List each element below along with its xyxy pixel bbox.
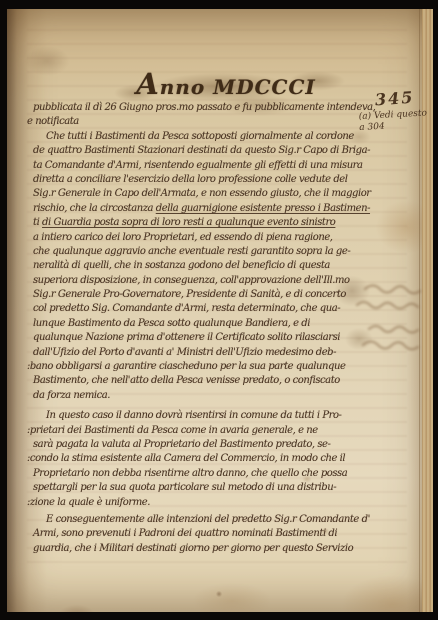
manuscript-line: guardia, che i Militari destinati giorno…: [33, 542, 369, 556]
ink-underlined-text: di Guardia posta sopra di loro resti a q…: [42, 217, 335, 228]
manuscript-line: dall'Ufizio del Porto d'avanti a' Minist…: [33, 346, 369, 360]
page-number: 345: [374, 88, 415, 110]
page-header-title: Anno MDCCCI: [111, 67, 341, 101]
manuscript-line: In questo caso il danno dovrà risentirsi…: [33, 409, 369, 423]
manuscript-line: superiora disposizione, in conseguenza, …: [33, 274, 369, 288]
manuscript-line: de quattro Bastimenti Stazionari destina…: [33, 144, 369, 158]
manuscript-line: :condo la stima esistente alla Camera de…: [27, 452, 369, 466]
manuscript-line: sarà pagata la valuta al Proprietario de…: [33, 438, 369, 452]
manuscript-line: pubblicata il dì 26 Giugno pros.mo passa…: [33, 101, 369, 115]
manuscript-line: e notificata: [27, 115, 369, 129]
manuscript-paragraph: E conseguentemente alle intenzioni del p…: [33, 513, 369, 556]
manuscript-line: ta Comandante d'Armi, risentendo egualme…: [33, 159, 369, 173]
ink-underlined-text: della guarnigione esistente presso i Bas…: [156, 203, 370, 214]
manuscript-line: da forza nemica.: [33, 389, 369, 403]
manuscript-paragraph: In questo caso il danno dovrà risentirsi…: [33, 409, 369, 510]
manuscript-line: rischio, che la circostanza della guarni…: [33, 202, 369, 216]
line-text: rischio, che la circostanza: [33, 203, 156, 214]
manuscript-line: che qualunque aggravio anche eventuale r…: [33, 245, 369, 259]
manuscript-line: lunque Bastimento da Pesca sotto qualunq…: [33, 317, 369, 331]
manuscript-line: Che tutti i Bastimenti da Pesca sottopos…: [33, 130, 369, 144]
manuscript-line: diretta a conciliare l'esercizio della l…: [33, 173, 369, 187]
manuscript-line: ti di Guardia posta sopra di loro resti …: [33, 216, 369, 230]
ink-bleedthrough: [351, 271, 433, 367]
manuscript-photo: Anno MDCCCI 345 (a) Vedi questo a 304 pu…: [0, 0, 438, 620]
manuscript-line: neralità di quelli, che in sostanza godo…: [33, 259, 369, 273]
manuscript-line: Armi, sono prevenuti i Padroni dei quatt…: [33, 527, 369, 541]
manuscript-paragraph: pubblicata il dì 26 Giugno pros.mo passa…: [33, 101, 369, 130]
manuscript-line: a intiero carico dei loro Proprietari, e…: [33, 231, 369, 245]
manuscript-line: :zione la quale è uniforme.: [27, 496, 369, 510]
manuscript-page: Anno MDCCCI 345 (a) Vedi questo a 304 pu…: [7, 9, 433, 612]
manuscript-line: Proprietario non debba risentirne altro …: [33, 467, 369, 481]
manuscript-line: Bastimento, che nell'atto della Pesca ve…: [33, 374, 369, 388]
manuscript-paragraph: Che tutti i Bastimenti da Pesca sottopos…: [33, 130, 369, 403]
line-text: ti: [33, 217, 42, 228]
manuscript-line: :bano obbligarsi a garantire ciascheduno…: [27, 360, 369, 374]
text-block: pubblicata il dì 26 Giugno pros.mo passa…: [33, 101, 369, 556]
manuscript-line: Sig.r Generale Pro-Governatore, Presiden…: [33, 288, 369, 302]
manuscript-line: Sig.r Generale in Capo dell'Armata, e no…: [33, 187, 369, 201]
manuscript-line: qualunque Nazione prima d'ottenere il Ce…: [33, 331, 369, 345]
manuscript-line: col predetto Sig. Comandante d'Armi, res…: [33, 302, 369, 316]
manuscript-line: E conseguentemente alle intenzioni del p…: [33, 513, 369, 527]
manuscript-line: :prietari dei Bastimenti da Pesca come i…: [27, 424, 369, 438]
manuscript-line: spettargli per la sua quota particolare …: [33, 481, 369, 495]
